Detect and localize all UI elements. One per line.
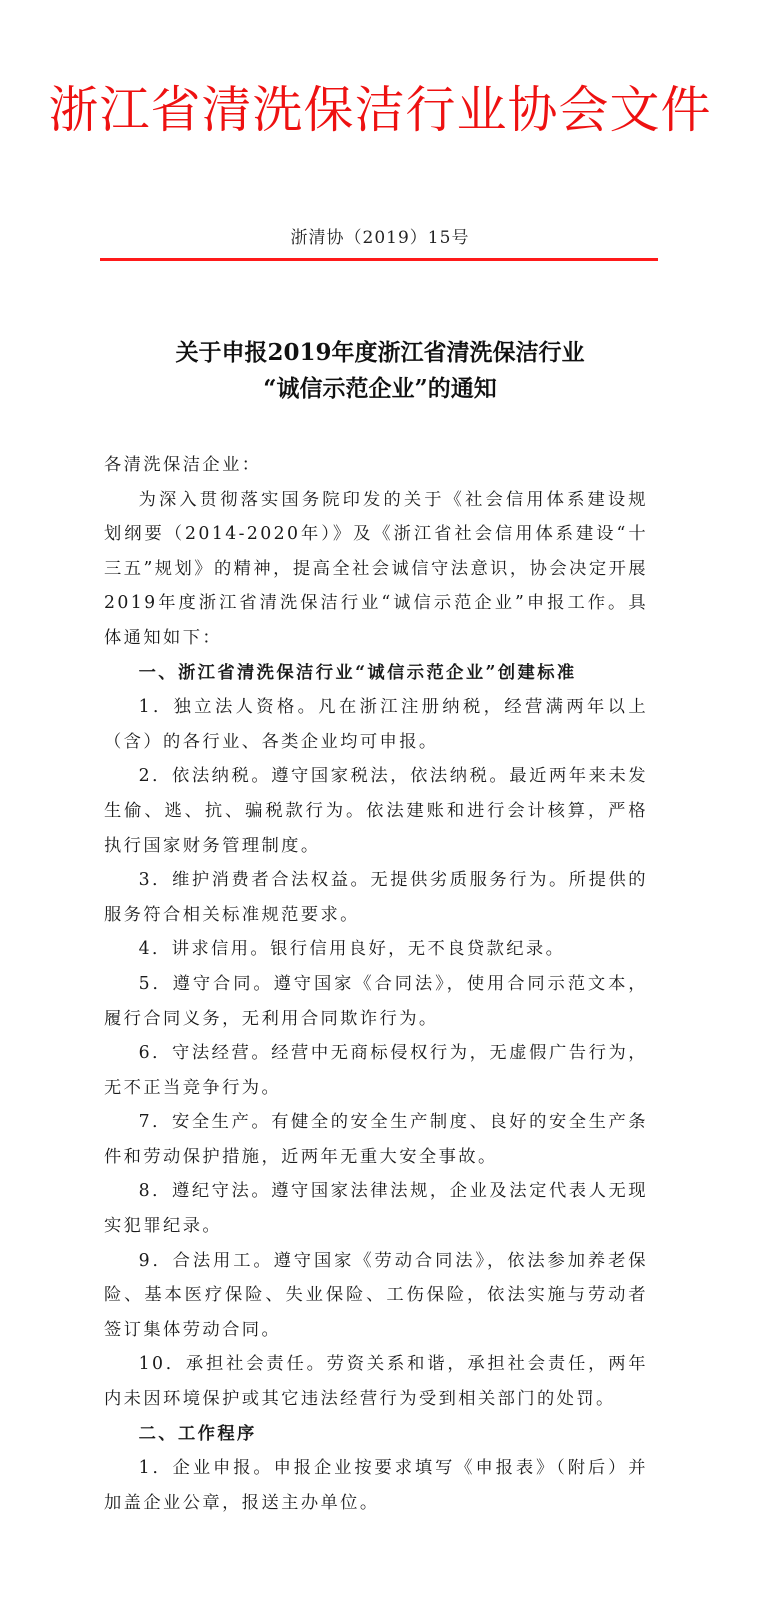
criteria-item: 3．维护消费者合法权益。无提供劣质服务行为。所提供的服务符合相关标准规范要求。 (104, 863, 648, 932)
notice-title-line-1: 关于申报2019年度浙江省清洗保洁行业 (0, 335, 760, 371)
criteria-item: 6．守法经营。经营中无商标侵权行为，无虚假广告行为，无不正当竞争行为。 (104, 1036, 648, 1105)
criteria-item: 1．独立法人资格。凡在浙江注册纳税，经营满两年以上（含）的各行业、各类企业均可申… (104, 690, 648, 759)
issuer-header-title: 浙江省清洗保洁行业协会文件 (0, 78, 760, 142)
red-divider-rule (100, 258, 658, 261)
criteria-item: 4．讲求信用。银行信用良好，无不良贷款纪录。 (104, 932, 648, 967)
document-number: 浙清协（2019）15号 (0, 226, 760, 250)
criteria-item: 5．遵守合同。遵守国家《合同法》，使用合同示范文本，履行合同义务，无利用合同欺诈… (104, 967, 648, 1036)
criteria-item: 2．依法纳税。遵守国家税法，依法纳税。最近两年来未发生偷、逃、抗、骗税款行为。依… (104, 759, 648, 863)
criteria-item: 7．安全生产。有健全的安全生产制度、良好的安全生产条件和劳动保护措施，近两年无重… (104, 1105, 648, 1174)
section-heading-criteria: 一、浙江省清洗保洁行业“诚信示范企业”创建标准 (104, 656, 648, 691)
salutation: 各清洗保洁企业： (104, 448, 648, 483)
notice-title: 关于申报2019年度浙江省清洗保洁行业 “诚信示范企业”的通知 (0, 335, 760, 407)
criteria-item: 9．合法用工。遵守国家《劳动合同法》，依法参加养老保险、基本医疗保险、失业保险、… (104, 1244, 648, 1348)
criteria-item: 8．遵纪守法。遵守国家法律法规，企业及法定代表人无现实犯罪纪录。 (104, 1174, 648, 1243)
notice-body: 各清洗保洁企业： 为深入贯彻落实国务院印发的关于《社会信用体系建设规划纲要（20… (104, 448, 648, 1520)
notice-title-line-2: “诚信示范企业”的通知 (0, 371, 760, 407)
criteria-item: 10．承担社会责任。劳资关系和谐，承担社会责任，两年内未因环境保护或其它违法经营… (104, 1347, 648, 1416)
intro-paragraph: 为深入贯彻落实国务院印发的关于《社会信用体系建设规划纲要（2014-2020年）… (104, 483, 648, 656)
procedure-item: 1．企业申报。申报企业按要求填写《申报表》（附后）并加盖企业公章，报送主办单位。 (104, 1451, 648, 1520)
section-heading-procedure: 二、工作程序 (104, 1417, 648, 1452)
